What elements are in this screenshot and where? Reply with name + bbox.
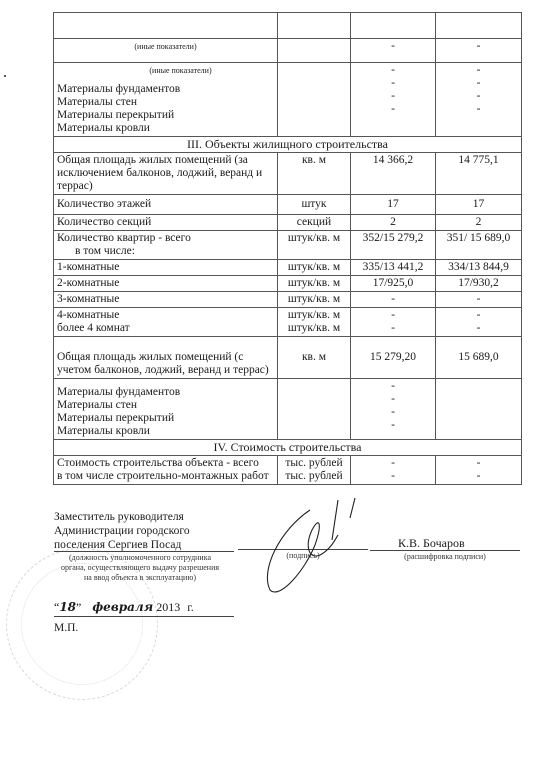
section4-title: IV. Стоимость строительства [54, 440, 522, 456]
cell-planned: 15 279,20 [351, 337, 436, 379]
cell-planned: 352/15 279,2 [351, 231, 436, 260]
material-label: Материалы кровли [57, 122, 274, 135]
material-planned: - [354, 380, 432, 393]
material-planned: - [354, 90, 432, 103]
indicators-table: (иные показатели) - - (иные показатели) … [53, 12, 522, 485]
material-label: Материалы стен [57, 399, 274, 412]
table-row: 1-комнатные штук/кв. м 335/13 441,2 334/… [54, 260, 522, 276]
material-planned: - [354, 419, 432, 432]
table-row: (иные показатели) - - [54, 39, 522, 63]
other-indicators-note: (иные показатели) [54, 39, 278, 63]
cell-label: 3-комнатные [54, 292, 278, 308]
cell-actual: 2 [436, 215, 522, 231]
material-planned: - [354, 103, 432, 116]
material-label: Материалы фундаментов [57, 386, 274, 399]
actual-value: - [439, 322, 518, 335]
cell-label: Общая площадь жилых помещений (за исключ… [54, 153, 278, 195]
position-line: Администрации городского [54, 524, 190, 538]
cell-label: 2-комнатные [54, 276, 278, 292]
material-planned: - [354, 77, 432, 90]
material-label: Материалы перекрытий [57, 412, 274, 425]
section-header: IV. Стоимость строительства [54, 440, 522, 456]
cell-planned: - - [351, 308, 436, 337]
four-room-label: 4-комнатные [57, 309, 274, 322]
cell-unit: штук/кв. м [278, 292, 351, 308]
cell-unit: штук/кв. м штук/кв. м [278, 308, 351, 337]
materials-planned: - - - - [351, 379, 436, 440]
cell-planned: - [351, 39, 436, 63]
cell-actual: - - [436, 456, 522, 485]
date-day: 18 [59, 600, 76, 614]
materials-block-1: (иные показатели) Материалы фундаментов … [54, 63, 522, 137]
unit-value: тыс. рублей [281, 470, 347, 483]
cell-planned: 17/925,0 [351, 276, 436, 292]
cell-actual: - [436, 39, 522, 63]
material-actual: - [439, 103, 518, 116]
signer-position: Заместитель руководителя Администрации г… [54, 510, 190, 552]
materials-actual: - - - - [436, 63, 522, 137]
planned-value: - [354, 457, 432, 470]
position-line: поселения Сергиев Посад [54, 538, 190, 552]
caption-line: на ввод объекта в эксплуатацию) [60, 573, 220, 583]
cost-construction-label: в том числе строительно-монтажных работ [57, 470, 274, 483]
date-suffix: г. [187, 600, 194, 614]
more-than-four-label: более 4 комнат [57, 322, 274, 335]
handwritten-signature [250, 490, 380, 600]
material-label: Материалы стен [57, 96, 274, 109]
table-row: Количество этажей штук 17 17 [54, 195, 522, 215]
caption-line: органа, осуществляющего выдачу разрешени… [60, 563, 220, 573]
materials-actual [436, 379, 522, 440]
unit-value: тыс. рублей [281, 457, 347, 470]
cell-actual: 351/ 15 689,0 [436, 231, 522, 260]
cell-planned: - - [351, 456, 436, 485]
table-row: Стоимость строительства объекта - всего … [54, 456, 522, 485]
cell-unit: секций [278, 215, 351, 231]
material-label: Материалы перекрытий [57, 109, 274, 122]
caption-line: (должность уполномоченного сотрудника [60, 553, 220, 563]
cell-label: Стоимость строительства объекта - всего … [54, 456, 278, 485]
cell-unit [278, 13, 351, 39]
seal-placeholder: М.П. [54, 622, 78, 634]
planned-value: - [354, 322, 432, 335]
position-line: Заместитель руководителя [54, 510, 190, 524]
cell-label: Количество квартир - всего в том числе: [54, 231, 278, 260]
cell-label: Общая площадь жилых помещений (с учетом … [54, 337, 278, 379]
actual-value: - [439, 309, 518, 322]
cell-label: 1-комнатные [54, 260, 278, 276]
cell-unit: кв. м [278, 337, 351, 379]
cell-actual: 14 775,1 [436, 153, 522, 195]
cell-unit [278, 63, 351, 137]
cell-actual: 15 689,0 [436, 337, 522, 379]
including-label: в том числе: [57, 245, 274, 258]
material-planned: - [354, 406, 432, 419]
table-row: Общая площадь жилых помещений (с учетом … [54, 337, 522, 379]
date-line: “18” февраля 2013 г. [54, 600, 194, 615]
material-planned: - [354, 64, 432, 77]
section3-title: III. Объекты жилищного строительства [54, 137, 522, 153]
cell-unit: штук [278, 195, 351, 215]
name-underline [370, 550, 520, 551]
cell-label: Количество секций [54, 215, 278, 231]
table-row: Количество секций секций 2 2 [54, 215, 522, 231]
cell-actual: 17 [436, 195, 522, 215]
cell-planned: 335/13 441,2 [351, 260, 436, 276]
signer-name: К.В. Бочаров [398, 536, 465, 551]
name-caption: (расшифровка подписи) [370, 552, 520, 561]
materials-block-2: Материалы фундаментов Материалы стен Мат… [54, 379, 522, 440]
materials-planned: - - - - [351, 63, 436, 137]
cell-planned: 14 366,2 [351, 153, 436, 195]
apartments-total-label: Количество квартир - всего [57, 232, 274, 245]
table-row: Общая площадь жилых помещений (за исключ… [54, 153, 522, 195]
cell-actual [436, 13, 522, 39]
cell-label: 4-комнатные более 4 комнат [54, 308, 278, 337]
table-row: Количество квартир - всего в том числе: … [54, 231, 522, 260]
unit-value: штук/кв. м [281, 322, 347, 335]
position-caption: (должность уполномоченного сотрудника ор… [60, 553, 220, 583]
cell-unit: штук/кв. м [278, 276, 351, 292]
cell-unit: тыс. рублей тыс. рублей [278, 456, 351, 485]
actual-value: - [439, 457, 518, 470]
materials-labels: (иные показатели) Материалы фундаментов … [54, 63, 278, 137]
planned-value: - [354, 309, 432, 322]
material-planned: - [354, 393, 432, 406]
material-actual: - [439, 77, 518, 90]
cell-unit: штук/кв. м [278, 260, 351, 276]
unit-value: штук/кв. м [281, 309, 347, 322]
material-actual: - [439, 64, 518, 77]
cell-unit: кв. м [278, 153, 351, 195]
cell-planned: 2 [351, 215, 436, 231]
cell-actual: 17/930,2 [436, 276, 522, 292]
material-actual: - [439, 90, 518, 103]
cell-planned: 17 [351, 195, 436, 215]
cell-unit [278, 39, 351, 63]
cell-planned: - [351, 292, 436, 308]
material-label: Материалы кровли [57, 425, 274, 438]
table-row [54, 13, 522, 39]
cell-planned [351, 13, 436, 39]
actual-value: - [439, 470, 518, 483]
materials-labels: Материалы фундаментов Материалы стен Мат… [54, 379, 278, 440]
date-underline [54, 616, 234, 617]
cell-unit [278, 379, 351, 440]
cell-actual: - [436, 292, 522, 308]
table-row: 3-комнатные штук/кв. м - - [54, 292, 522, 308]
date-year: 2013 [156, 600, 180, 614]
material-label: Материалы фундаментов [57, 83, 274, 96]
cell-label [54, 13, 278, 39]
table-row: 2-комнатные штук/кв. м 17/925,0 17/930,2 [54, 276, 522, 292]
date-month: февраля [92, 600, 153, 614]
cell-actual: - - [436, 308, 522, 337]
cell-actual: 334/13 844,9 [436, 260, 522, 276]
cell-label: Количество этажей [54, 195, 278, 215]
cost-total-label: Стоимость строительства объекта - всего [57, 457, 274, 470]
position-underline [54, 551, 234, 552]
section-header: III. Объекты жилищного строительства [54, 137, 522, 153]
cell-unit: штук/кв. м [278, 231, 351, 260]
table-row: 4-комнатные более 4 комнат штук/кв. м шт… [54, 308, 522, 337]
scan-speck [4, 75, 6, 77]
planned-value: - [354, 470, 432, 483]
other-indicators-note: (иные показатели) [57, 64, 274, 79]
